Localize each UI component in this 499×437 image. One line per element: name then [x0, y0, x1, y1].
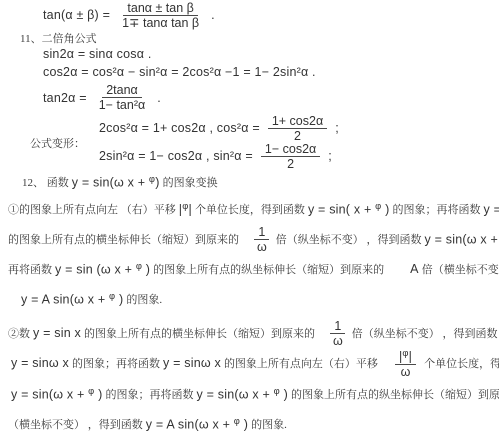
variant-cos-lhs: 2cos²α = 1+ cos2α , cos²α =: [99, 121, 260, 135]
p1-l3-text2: 的图象上所有点的纵坐标伸长（缩短）到原来的: [153, 261, 384, 277]
p1-l1-abs-phi: |φ|: [179, 201, 192, 217]
p2-l1-frac-denominator: ω: [329, 334, 347, 348]
p1-line4: y = A sin(ω x + φ ) 的图象.: [0, 284, 499, 314]
p1-l2-omega-fraction: 1 ω: [253, 225, 271, 254]
variant-cos-fraction: 1+ cos2α 2: [268, 114, 327, 143]
p2-line1: ②数 y = sin x 的图象上所有点的横坐标伸长（缩短）到原来的 1 ω 倍…: [0, 318, 499, 348]
sin2a-text: sin2α = sinα cosα .: [43, 47, 152, 61]
section12-heading-prefix: 12、 函数: [22, 174, 69, 190]
tan2a-numerator: 2tanα: [102, 83, 142, 98]
p2-l1-math1: y = sin x: [33, 326, 81, 340]
variants-label: 公式变形：: [30, 135, 85, 151]
variant-cos-numerator: 1+ cos2α: [268, 114, 327, 129]
p2-l3-text2: 的图象上所有点的纵坐标伸长（缩短）到原来的: [291, 386, 499, 402]
p2-line4: （横坐标不变） ，得到函数 y = A sin(ω x + φ ) 的图象.: [0, 409, 499, 437]
tan2a-fraction: 2tanα 1− tan²α: [95, 83, 150, 112]
section12-heading: 12、 函数 y = sin(ω x + φ) 的图象变换: [0, 170, 499, 194]
paragraph-transform-2: ②数 y = sin x 的图象上所有点的横坐标伸长（缩短）到原来的 1 ω 倍…: [0, 318, 499, 437]
p2-l3-math1: y = sin(ω x + φ ): [11, 386, 103, 402]
section12-heading-math: y = sin(ω x + φ): [72, 174, 160, 190]
p2-l3-math2: y = sin(ω x + φ ): [197, 386, 289, 402]
p2-line2: y = sinω x 的图象；再将函数 y = sinω x 的图象上所有点向左…: [0, 348, 499, 379]
p2-line3: y = sin(ω x + φ ) 的图象；再将函数 y = sin(ω x +…: [0, 379, 499, 409]
p2-l2-text3: 个单位长度，得到函数: [424, 355, 499, 371]
p1-l2-text2: 倍（纵坐标不变） ，得到函数: [276, 231, 422, 247]
p1-l4-math1: y = A sin(ω x + φ ): [21, 291, 123, 307]
p1-l3-amplitude: A: [410, 262, 419, 276]
paragraph-transform-1: ①的图象上所有点向左 （右）平移 |φ| 个单位长度，得到函数 y = sin(…: [0, 194, 499, 314]
section11-heading: 11、二倍角公式: [0, 30, 499, 46]
p2-l4-math1: y = A sin(ω x + φ ): [146, 416, 248, 432]
p1-l1-text1: ①的图象上所有点向左 （右）平移: [8, 201, 176, 217]
p2-l2-text1: 的图象；再将函数: [72, 355, 160, 371]
tan2a-denominator: 1− tan²α: [95, 98, 150, 112]
formula-tan2a: tan2α = 2tanα 1− tan²α .: [0, 81, 499, 114]
p2-l1-text2: 的图象上所有点的横坐标伸长（缩短）到原来的: [84, 325, 315, 341]
tan2a-lhs: tan2α =: [43, 91, 87, 105]
tan-sum-period: .: [211, 8, 215, 22]
p2-l1-text3: 倍（纵坐标不变） ，得到函数: [352, 325, 498, 341]
p1-l1-math2: y = sin( x + φ ): [308, 201, 390, 217]
p1-l2-math1: y = sin(ω x + φ ): [425, 231, 499, 247]
formula-cos2a: cos2α = cos²α − sin²α = 2cos²α −1 = 1− 2…: [0, 62, 499, 81]
tan-sum-lhs: tan(α ± β) =: [43, 8, 110, 22]
p2-l1-text1: ②数: [8, 325, 30, 341]
p1-l1-math3: y = sin( x + φ ): [483, 201, 499, 217]
variant-sin-fraction: 1− cos2α 2: [261, 142, 320, 171]
p1-l3-math1: y = sin (ω x + φ ): [55, 261, 150, 277]
p1-line2: 的图象上所有点的横坐标伸长（缩短）到原来的 1 ω 倍（纵坐标不变） ，得到函数…: [0, 224, 499, 254]
p2-l2-math2: y = sinω x: [163, 356, 221, 370]
p2-l3-text1: 的图象；再将函数: [106, 386, 194, 402]
p1-l1-text2: 个单位长度，得到函数: [195, 201, 305, 217]
formula-variants-block: 公式变形： 2cos²α = 1+ cos2α , cos²α = 1+ cos…: [0, 114, 499, 170]
variant-cos-denominator: 2: [290, 129, 305, 143]
variant-sin-semicolon: ;: [328, 149, 332, 163]
p2-l2-math1: y = sinω x: [11, 356, 69, 370]
p2-l4-text2: 的图象.: [251, 416, 287, 432]
formula-tan-sum: tan(α ± β) = tanα ± tan β 1∓ tanα tan β …: [0, 0, 499, 30]
p1-l2-frac-denominator: ω: [253, 240, 271, 254]
p1-l4-text1: 的图象.: [126, 291, 162, 307]
p2-l1-omega-fraction: 1 ω: [329, 319, 347, 348]
tan-sum-fraction: tanα ± tan β 1∓ tanα tan β: [118, 1, 203, 30]
p1-line3: 再将函数 y = sin (ω x + φ ) 的图象上所有点的纵坐标伸长（缩短…: [0, 254, 499, 284]
tan-sum-denominator: 1∓ tanα tan β: [118, 16, 203, 30]
variant-sin-lhs: 2sin²α = 1− cos2α , sin²α =: [99, 149, 253, 163]
formula-sin2a: sin2α = sinα cosα .: [0, 46, 499, 62]
p2-l2-frac-numerator: |φ|: [395, 348, 416, 365]
p2-l2-phi-omega-fraction: |φ| ω: [392, 348, 419, 379]
tan2a-period: .: [157, 91, 161, 105]
variant-sin-denominator: 2: [283, 157, 298, 171]
p2-l2-text2: 的图象上所有点向左（右）平移: [224, 355, 378, 371]
p2-l4-text1: （横坐标不变） ，得到函数: [8, 416, 143, 432]
p1-l2-frac-numerator: 1: [254, 225, 269, 240]
cos2a-text: cos2α = cos²α − sin²α = 2cos²α −1 = 1− 2…: [43, 65, 316, 79]
variant-sin-numerator: 1− cos2α: [261, 142, 320, 157]
p1-line1: ①的图象上所有点向左 （右）平移 |φ| 个单位长度，得到函数 y = sin(…: [0, 194, 499, 224]
p2-l2-frac-denominator: ω: [397, 365, 415, 379]
p2-l1-frac-numerator: 1: [330, 319, 345, 334]
section12-heading-suffix: 的图象变换: [163, 174, 218, 190]
variant-cos-semicolon: ;: [335, 121, 339, 135]
p1-l3-text3: 倍（横坐标不变） ，得到函数: [422, 261, 499, 277]
p1-l3-text1: 再将函数: [8, 261, 52, 277]
tan-sum-numerator: tanα ± tan β: [123, 1, 197, 16]
p1-l2-text1: 的图象上所有点的横坐标伸长（缩短）到原来的: [8, 231, 239, 247]
math-notes-page: tan(α ± β) = tanα ± tan β 1∓ tanα tan β …: [0, 0, 499, 437]
section11-heading-text: 11、二倍角公式: [20, 30, 97, 46]
p1-l1-text3: 的图象；再将函数: [392, 201, 480, 217]
